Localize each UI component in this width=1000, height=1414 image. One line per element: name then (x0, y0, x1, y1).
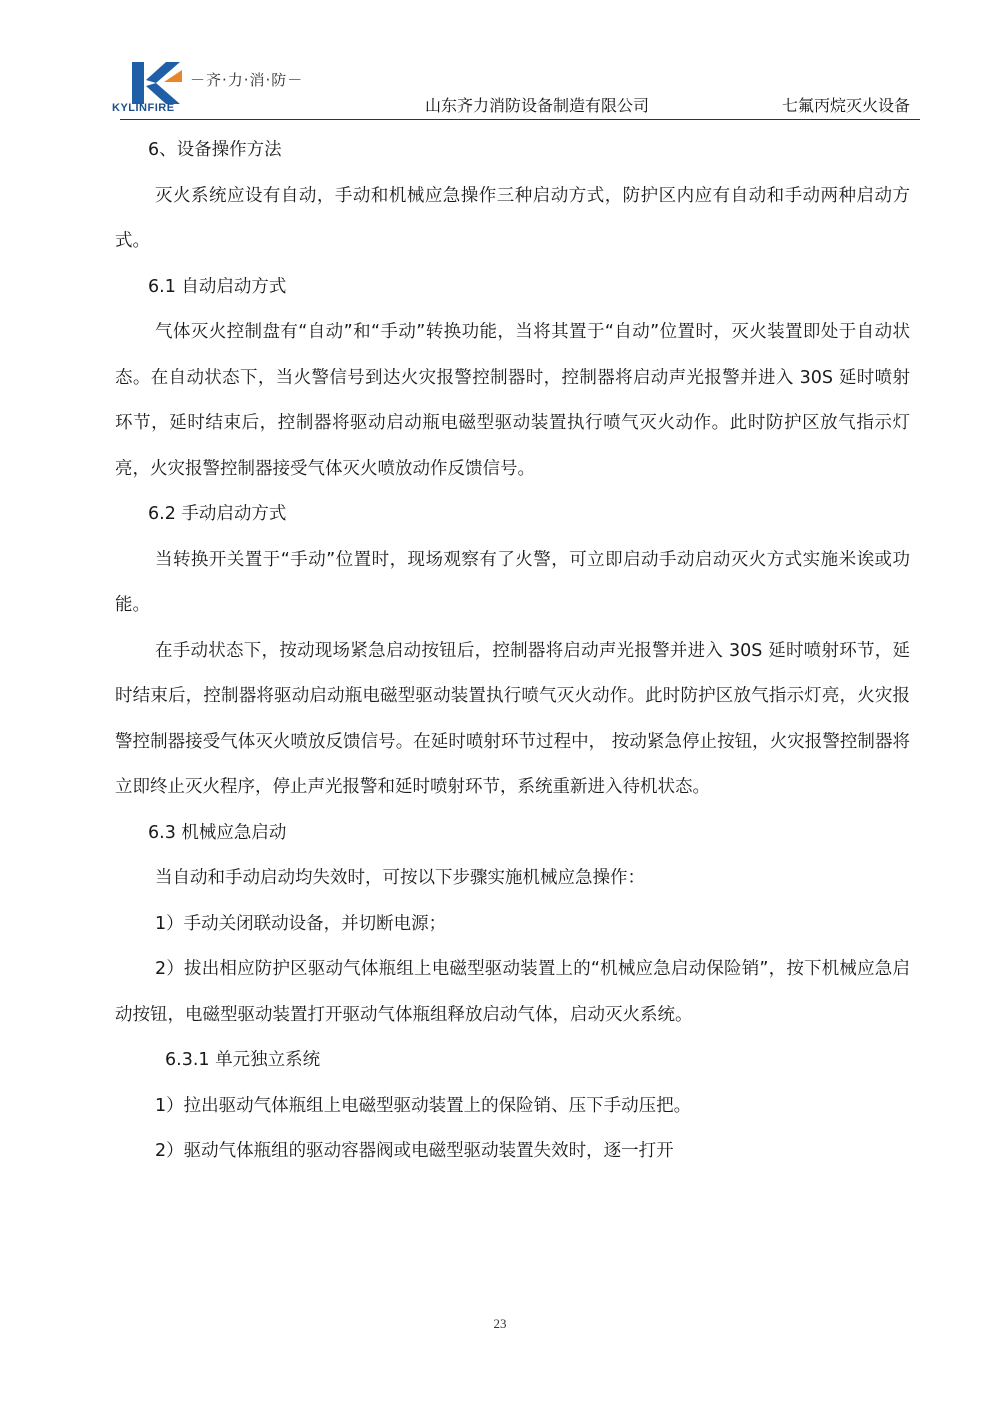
section-6-3-1-item-1: 1）拉出驱动气体瓶组上电磁型驱动装置上的保险销、压下手动压把。 (115, 1084, 910, 1130)
page-header: KYLINFIRE －齐·力·消·防－ 山东齐力消防设备制造有限公司 七氟丙烷灭… (110, 55, 920, 119)
section-6-1-heading: 6.1 自动启动方式 (115, 265, 910, 311)
document-body: 6、设备操作方法 灭火系统应设有自动，手动和机械应急操作三种启动方式，防护区内应… (115, 128, 910, 1175)
section-6-1-paragraph: 气体灭火控制盘有“自动”和“手动”转换功能，当将其置于“自动”位置时，灭火装置即… (115, 310, 910, 492)
section-6-3-item-2: 2）拔出相应防护区驱动气体瓶组上电磁型驱动装置上的“机械应急启动保险销”，按下机… (115, 947, 910, 1038)
kylinfire-logo-icon (130, 60, 190, 106)
company-name: 山东齐力消防设备制造有限公司 (425, 93, 649, 116)
section-6-paragraph: 灭火系统应设有自动，手动和机械应急操作三种启动方式，防护区内应有自动和手动两种启… (115, 174, 910, 265)
section-6-3-heading: 6.3 机械应急启动 (115, 811, 910, 857)
section-6-2-heading: 6.2 手动启动方式 (115, 492, 910, 538)
product-name: 七氟丙烷灭火设备 (782, 93, 910, 116)
section-6-heading: 6、设备操作方法 (115, 128, 910, 174)
logo-text: KYLINFIRE (112, 102, 175, 114)
section-6-3-paragraph: 当自动和手动启动均失效时，可按以下步骤实施机械应急操作： (115, 856, 910, 902)
section-6-3-1-item-2: 2）驱动气体瓶组的驱动容器阀或电磁型驱动装置失效时，逐一打开 (115, 1129, 910, 1175)
page-number: 23 (0, 1316, 1000, 1332)
section-6-3-item-1: 1）手动关闭联动设备，并切断电源； (115, 902, 910, 948)
header-divider (120, 119, 920, 120)
section-6-3-1-heading: 6.3.1 单元独立系统 (115, 1038, 910, 1084)
section-6-2-paragraph-1: 当转换开关置于“手动”位置时，现场观察有了火警，可立即启动手动启动灭火方式实施米… (115, 538, 910, 629)
slogan: －齐·力·消·防－ (190, 69, 303, 90)
section-6-2-paragraph-2: 在手动状态下，按动现场紧急启动按钮后，控制器将启动声光报警并进入 30S 延时喷… (115, 629, 910, 811)
